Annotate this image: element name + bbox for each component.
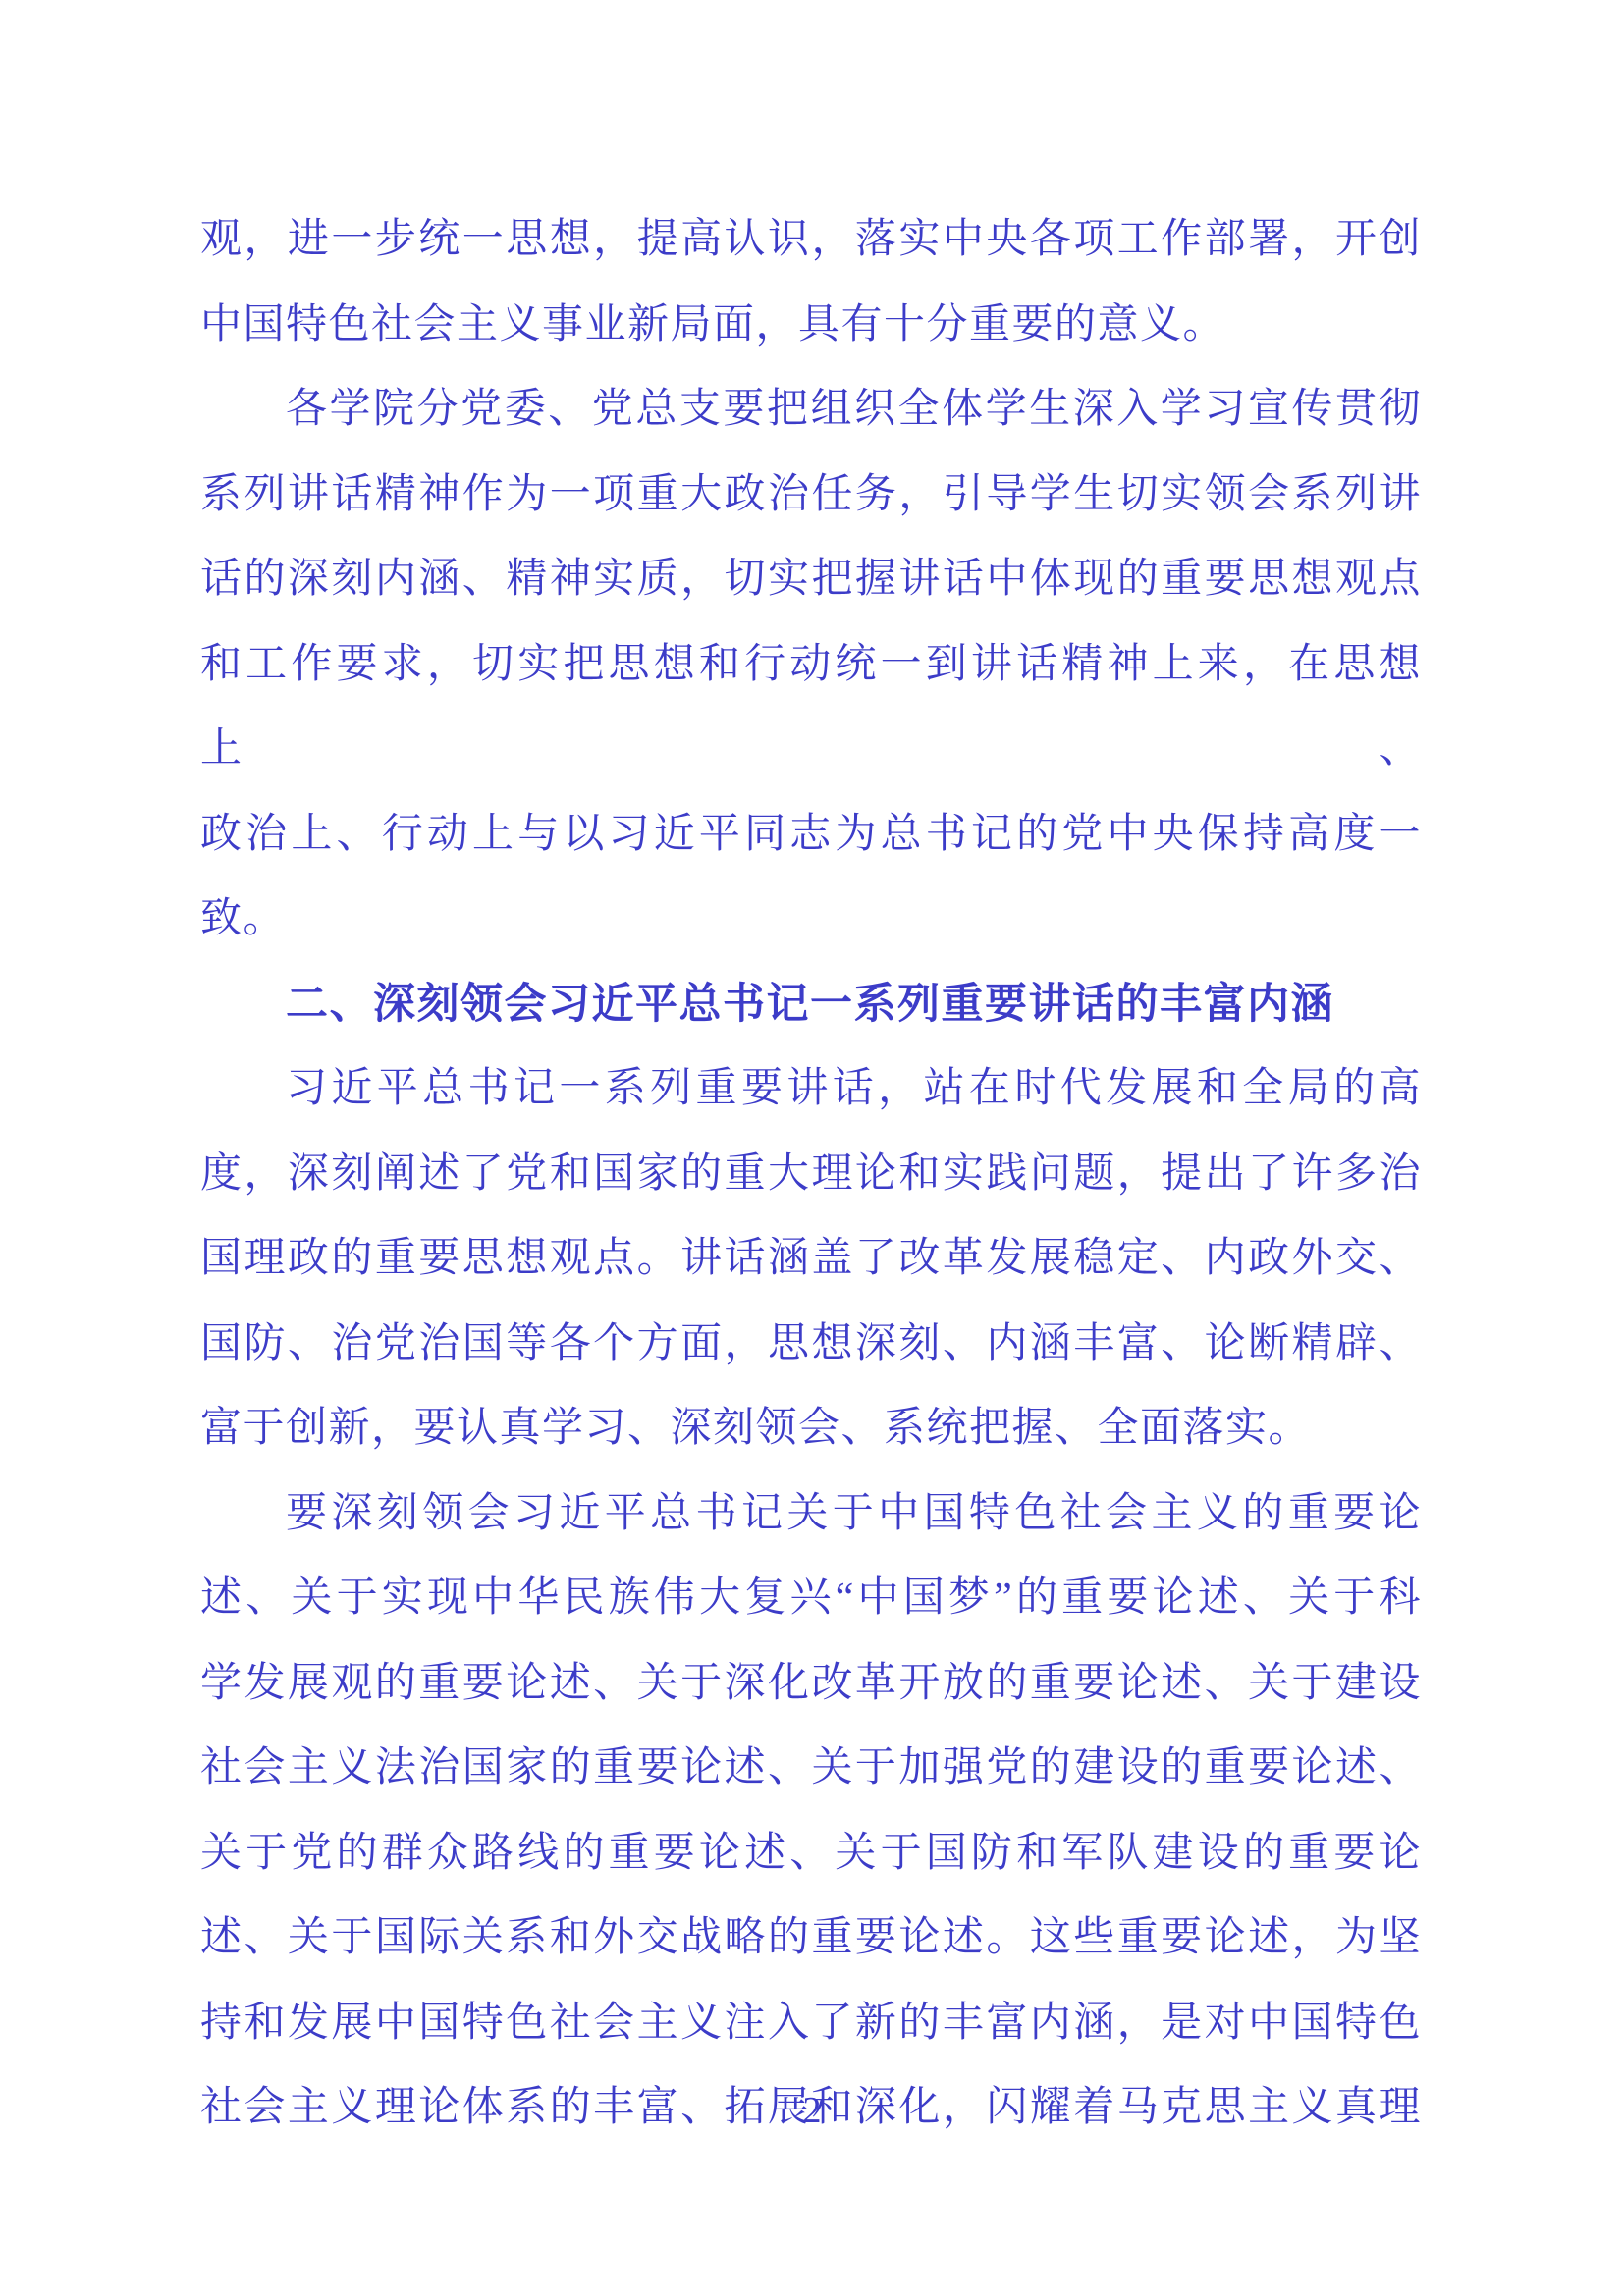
text-line: 学发展观的重要论述、关于深化改革开放的重要论述、关于建设 — [200, 1641, 1422, 1727]
text-line: 国理政的重要思想观点。讲话涵盖了改革发展稳定、内政外交、 — [200, 1216, 1422, 1302]
text-line: 话的深刻内涵、精神实质，切实把握讲话中体现的重要思想观点 — [200, 537, 1422, 622]
text-line: 要深刻领会习近平总书记关于中国特色社会主义的重要论 — [200, 1471, 1422, 1557]
text-line: 中国特色社会主义事业新局面，具有十分重要的意义。 — [200, 283, 1422, 368]
text-line: 系列讲话精神作为一项重大政治任务，引导学生切实领会系列讲 — [200, 453, 1422, 538]
text-line: 和工作要求，切实把思想和行动统一到讲话精神上来，在思想上、 — [200, 622, 1422, 792]
text-line: 观，进一步统一思想，提高认识，落实中央各项工作部署，开创 — [200, 197, 1422, 283]
text-line: 富于创新，要认真学习、深刻领会、系统把握、全面落实。 — [200, 1386, 1422, 1471]
text-line: 致。 — [200, 877, 1422, 962]
page-number: 2 — [0, 2089, 1624, 2132]
text-line: 国防、治党治国等各个方面，思想深刻、内涵丰富、论断精辟、 — [200, 1302, 1422, 1387]
text-line: 持和发展中国特色社会主义注入了新的丰富内涵，是对中国特色 — [200, 1981, 1422, 2066]
text-line: 社会主义法治国家的重要论述、关于加强党的建设的重要论述、 — [200, 1726, 1422, 1811]
text-line: 关于党的群众路线的重要论述、关于国防和军队建设的重要论 — [200, 1811, 1422, 1896]
text-line: 各学院分党委、党总支要把组织全体学生深入学习宣传贯彻 — [200, 367, 1422, 453]
text-line: 述、关于实现中华民族伟大复兴“中国梦”的重要论述、关于科 — [200, 1556, 1422, 1641]
section-heading: 二、深刻领会习近平总书记一系列重要讲话的丰富内涵 — [200, 962, 1422, 1047]
document-text-block: 观，进一步统一思想，提高认识，落实中央各项工作部署，开创中国特色社会主义事业新局… — [200, 197, 1422, 2151]
text-line: 度，深刻阐述了党和国家的重大理论和实践问题，提出了许多治 — [200, 1132, 1422, 1217]
text-line: 习近平总书记一系列重要讲话，站在时代发展和全局的高 — [200, 1046, 1422, 1132]
text-line: 述、关于国际关系和外交战略的重要论述。这些重要论述，为坚 — [200, 1896, 1422, 1981]
document-page: 观，进一步统一思想，提高认识，落实中央各项工作部署，开创中国特色社会主义事业新局… — [0, 0, 1624, 2296]
text-line: 政治上、行动上与以习近平同志为总书记的党中央保持高度一 — [200, 792, 1422, 878]
